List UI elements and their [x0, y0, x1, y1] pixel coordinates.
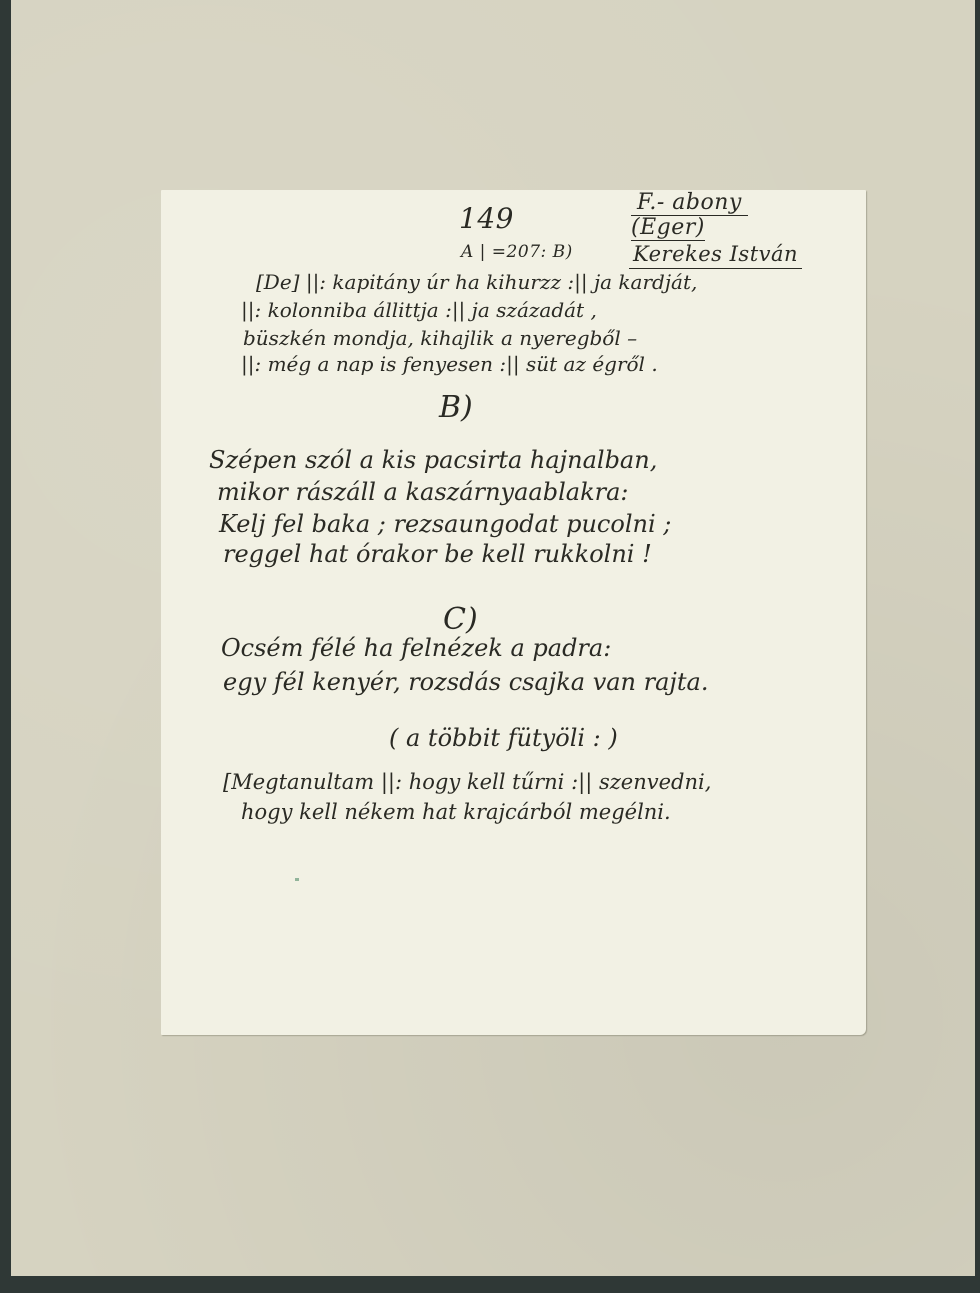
ink-speck: [295, 878, 299, 881]
section-b-line: Kelj fel baka ; rezsaungodat pucolni ;: [219, 510, 671, 538]
section-a-line: [De] ||: kapitány úr ha kihurzz :|| ja k…: [256, 270, 697, 294]
catalog-reference: A | =207: B): [461, 242, 573, 262]
section-a-line: ||: még a nap is fenyesen :|| süt az égr…: [241, 352, 658, 376]
mounting-board: 149 A | =207: B) F.- abony (Eger) Kereke…: [11, 0, 975, 1276]
section-c-line: Ocsém félé ha felnézek a padra:: [221, 634, 611, 662]
section-c-heading: C): [443, 602, 478, 637]
section-c-line: hogy kell nékem hat krajcárból megélni.: [241, 800, 671, 824]
section-b-line: Szépen szól a kis pacsirta hajnalban,: [209, 446, 657, 474]
place-secondary-text: (Eger): [631, 215, 705, 241]
section-b-line: mikor rászáll a kaszárnyaablakra:: [217, 478, 628, 506]
section-c-note: ( a többit fütyöli : ): [389, 724, 618, 752]
section-c-line: [Megtanultam ||: hogy kell tűrni :|| sze…: [223, 770, 711, 794]
place-secondary: (Eger): [631, 215, 705, 240]
section-a-line: büszkén mondja, kihajlik a nyeregből –: [243, 326, 637, 350]
section-c-line: egy fél kenyér, rozsdás csajka van rajta…: [223, 668, 708, 696]
section-a-line: ||: kolonniba állittja :|| ja századát ,: [241, 298, 597, 322]
section-b-line: reggel hat órakor be kell rukkolni !: [223, 540, 652, 568]
collector-name: Kerekes István: [629, 242, 802, 269]
page-number: 149: [459, 202, 514, 235]
section-b-heading: B): [439, 390, 473, 425]
place-name: F.- abony: [631, 190, 748, 216]
manuscript-sheet: 149 A | =207: B) F.- abony (Eger) Kereke…: [161, 190, 866, 1035]
